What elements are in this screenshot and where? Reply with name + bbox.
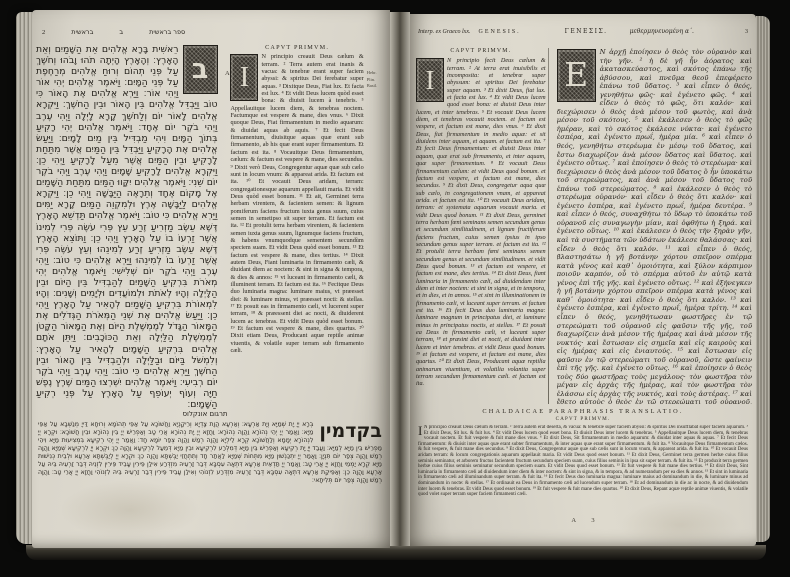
book-photograph: 2 בראשית ב ספר בראשית ב רֵאשִׁית בָּרָא … <box>0 0 790 577</box>
page-number-right: 3 <box>745 29 748 35</box>
targum-text-block: בקדמין בְּרָא יְיָ יָת שְׁמַיָּא וְיָת א… <box>38 421 382 515</box>
margin-note: Plin. <box>367 77 386 83</box>
vulgate-drop-cap: I <box>230 54 258 101</box>
right-running-head: Interp. ex Graeco lxx. GENESIS. ΓΕΝΕΣΙΣ.… <box>418 28 748 35</box>
book-spine <box>390 12 410 546</box>
greek-genesis-subtitle: μεθερμηνευομένη α΄. <box>630 28 694 35</box>
column-rule <box>220 44 221 410</box>
lxx-latin-text: N principio fecit Deus cælum & terram. ²… <box>416 57 546 387</box>
signature-mark: A 3 <box>410 517 756 524</box>
column-rule <box>548 48 549 404</box>
chaldee-chapter-heading: CAPVT PRIMVM. <box>410 417 756 422</box>
hebrew-text-column: ב רֵאשִׁית בָּרָא אֱלֹהִים אֵת הַשָּׁמַי… <box>36 44 218 410</box>
left-running-head: 2 בראשית ב ספר בראשית <box>42 28 185 36</box>
margin-note: Hebr. <box>367 70 386 76</box>
chaldee-text-block: I N principio creauit Deus cælum & terra… <box>418 425 748 513</box>
page-number-left: 2 <box>42 29 45 36</box>
gutter-section-letter: A <box>225 70 230 77</box>
greek-genesis-title: ΓΕΝΕΣΙΣ. <box>565 28 608 35</box>
vulgate-chapter-heading: CAPVT PRIMVM. <box>230 44 363 51</box>
lxx-latin-drop-cap: I <box>416 58 444 102</box>
right-page: Interp. ex Graeco lxx. GENESIS. ΓΕΝΕΣΙΣ.… <box>410 14 756 546</box>
greek-column: Ε Ν ἀρχῇ ἐποίησεν ὁ θεὸς τὸν οὐρανὸν καὶ… <box>557 48 752 404</box>
right-page-edges <box>756 16 770 542</box>
genesis-title: GENESIS. <box>478 29 520 35</box>
chaldee-header: CHALDAICAE PARAPHRASIS TRANSLATIO. <box>410 408 756 415</box>
right-page-main-columns: CAPVT PRIMVM. I N principio fecit Deus c… <box>416 48 752 404</box>
targum-initial-word: בקדמין <box>319 421 382 441</box>
running-head-word: ב <box>119 28 123 36</box>
targum-header: תרגום אונקלוס <box>32 410 378 418</box>
greek-drop-cap: Ε <box>557 49 596 102</box>
left-page-main-columns: ב רֵאשִׁית בָּרָא אֱלֹהִים אֵת הַשָּׁמַי… <box>36 44 386 410</box>
margin-note: Basil. <box>367 83 386 89</box>
lxx-latin-chapter-heading: CAPVT PRIMVM. <box>416 48 546 55</box>
running-head-word: ספר בראשית <box>149 28 185 36</box>
interp-ex-graeco-label: Interp. ex Graeco lxx. <box>418 29 470 35</box>
chaldee-drop-cap: I <box>418 425 422 437</box>
hebrew-drop-cap: ב <box>183 45 218 94</box>
left-page: 2 בראשית ב ספר בראשית ב רֵאשִׁית בָּרָא … <box>32 10 390 548</box>
margin-notes: Hebr. Plin. Basil. <box>367 44 386 410</box>
vulgate-column: CAPVT PRIMVM. I N principio creauit Deus… <box>230 44 363 410</box>
hebrew-text: רֵאשִׁית בָּרָא אֱלֹהִים אֵת הַשָּׁמַיִם… <box>36 44 218 410</box>
chaldee-text: N principio creauit Deus cælum & terram.… <box>418 425 748 497</box>
running-head-word: בראשית <box>71 28 93 36</box>
lxx-latin-column: CAPVT PRIMVM. I N principio fecit Deus c… <box>416 48 546 404</box>
